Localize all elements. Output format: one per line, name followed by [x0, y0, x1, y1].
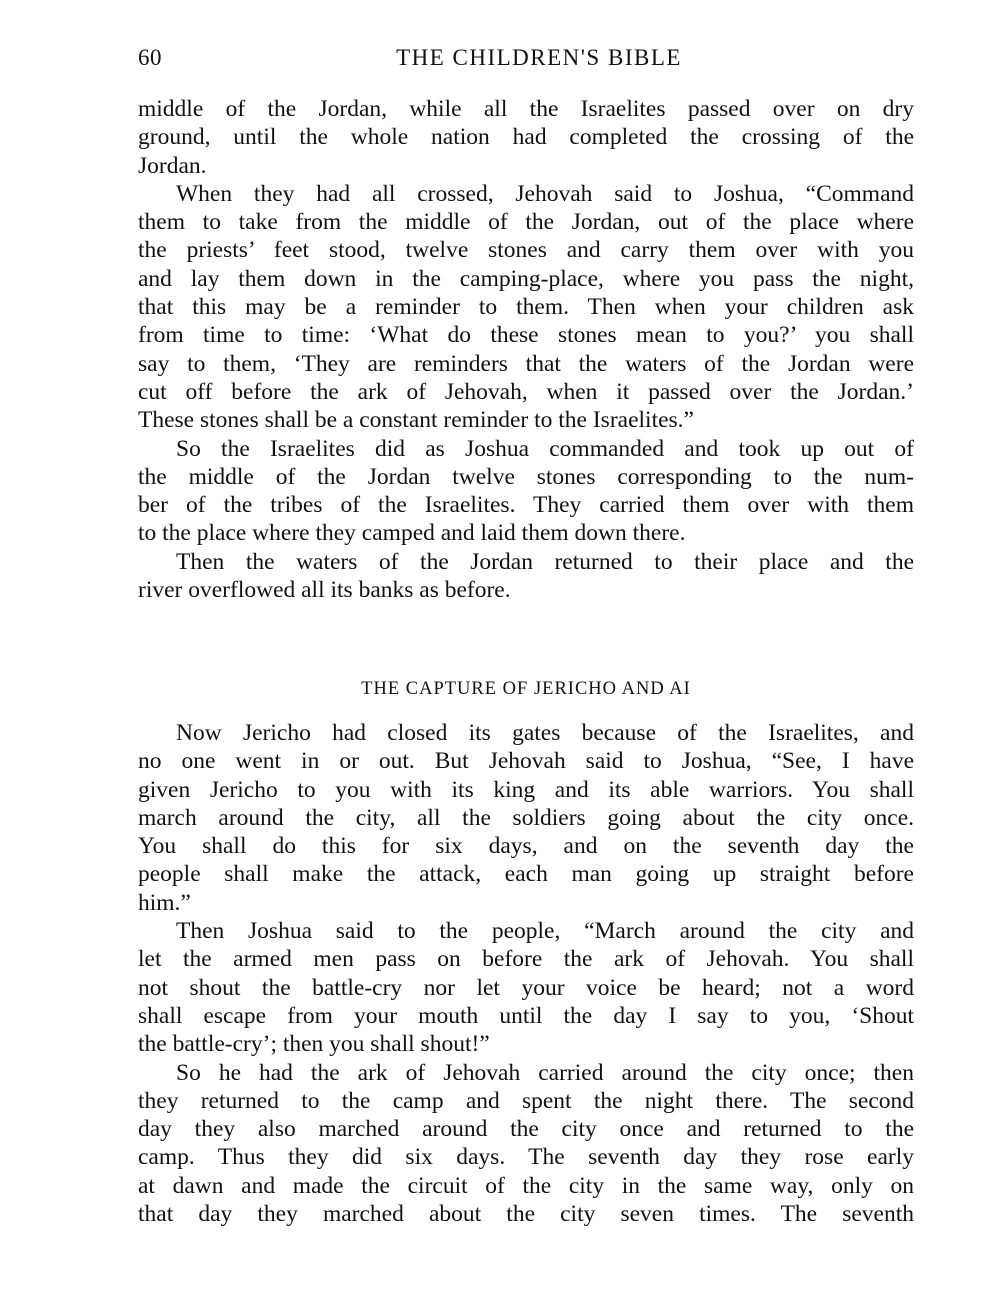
text-line: river overflowed all its banks as before…	[138, 576, 914, 604]
paragraph: middle of the Jordan, while all the Isra…	[138, 95, 914, 180]
text-line: So he had the ark of Jehovah carried aro…	[138, 1059, 914, 1087]
text-line: march around the city, all the soldiers …	[138, 804, 914, 832]
paragraph: Then the waters of the Jordan returned t…	[138, 548, 914, 605]
text-line: that this may be a reminder to them. The…	[138, 293, 914, 321]
text-line: let the armed men pass on before the ark…	[138, 945, 914, 973]
text-line: not shout the battle-cry nor let your vo…	[138, 974, 914, 1002]
text-line: So the Israelites did as Joshua commande…	[138, 435, 914, 463]
text-block-capture-of-jericho: Now Jericho had closed its gates because…	[138, 719, 914, 1228]
text-line: say to them, ‘They are reminders that th…	[138, 350, 914, 378]
text-line: at dawn and made the circuit of the city…	[138, 1172, 914, 1200]
text-line: ber of the tribes of the Israelites. The…	[138, 491, 914, 519]
text-line: Then Joshua said to the people, “March a…	[138, 917, 914, 945]
text-line: These stones shall be a constant reminde…	[138, 406, 914, 434]
text-line: Jordan.	[138, 152, 914, 180]
text-line: they returned to the camp and spent the …	[138, 1087, 914, 1115]
text-line: Now Jericho had closed its gates because…	[138, 719, 914, 747]
running-head: 60 THE CHILDREN'S BIBLE	[138, 42, 916, 74]
text-line: and lay them down in the camping-place, …	[138, 265, 914, 293]
text-line: them to take from the middle of the Jord…	[138, 208, 914, 236]
text-line: shall escape from your mouth until the d…	[138, 1002, 914, 1030]
text-line: the middle of the Jordan twelve stones c…	[138, 463, 914, 491]
text-line: cut off before the ark of Jehovah, when …	[138, 378, 914, 406]
text-line: When they had all crossed, Jehovah said …	[138, 180, 914, 208]
text-line: You shall do this for six days, and on t…	[138, 832, 914, 860]
text-line: him.”	[138, 889, 914, 917]
book-title: THE CHILDREN'S BIBLE	[138, 42, 916, 74]
text-line: day they also marched around the city on…	[138, 1115, 914, 1143]
text-line: the priests’ feet stood, twelve stones a…	[138, 236, 914, 264]
paragraph: So he had the ark of Jehovah carried aro…	[138, 1059, 914, 1229]
section-heading: THE CAPTURE OF JERICHO AND AI	[138, 676, 914, 702]
text-line: given Jericho to you with its king and i…	[138, 776, 914, 804]
text-line: Then the waters of the Jordan returned t…	[138, 548, 914, 576]
book-page: 60 THE CHILDREN'S BIBLE middle of the Jo…	[0, 0, 1000, 1297]
text-line: from time to time: ‘What do these stones…	[138, 321, 914, 349]
text-line: to the place where they camped and laid …	[138, 519, 914, 547]
paragraph: So the Israelites did as Joshua commande…	[138, 435, 914, 548]
text-block-crossing-jordan: middle of the Jordan, while all the Isra…	[138, 95, 914, 604]
text-line: camp. Thus they did six days. The sevent…	[138, 1143, 914, 1171]
text-line: people shall make the attack, each man g…	[138, 860, 914, 888]
paragraph: When they had all crossed, Jehovah said …	[138, 180, 914, 435]
text-line: ground, until the whole nation had compl…	[138, 123, 914, 151]
text-line: no one went in or out. But Jehovah said …	[138, 747, 914, 775]
paragraph: Now Jericho had closed its gates because…	[138, 719, 914, 917]
text-line: that day they marched about the city sev…	[138, 1200, 914, 1228]
paragraph: Then Joshua said to the people, “March a…	[138, 917, 914, 1058]
text-line: the battle-cry’; then you shall shout!”	[138, 1030, 914, 1058]
text-line: middle of the Jordan, while all the Isra…	[138, 95, 914, 123]
